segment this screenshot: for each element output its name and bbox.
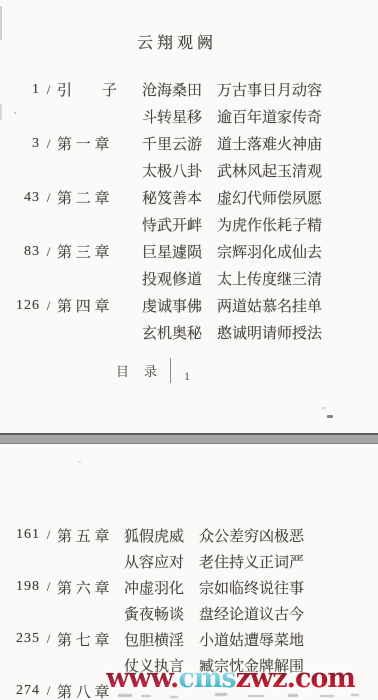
chapter-line1: 千里云游 道士落难火神庙 <box>142 133 322 154</box>
chapter-line1: 沧海桑田 万古事日月动容 <box>142 79 322 100</box>
toc-entry: 1 / 引 子 沧海桑田 万古事日月动容 <box>0 76 378 103</box>
chapter-label: 第 一 章 <box>57 133 142 154</box>
toc-entry-continuation: 投观修道 太上传度继三清 <box>0 265 378 292</box>
toc-entry: 161 / 第 五 章 狐假虎威 众公差穷凶极恶 <box>0 522 378 548</box>
entry-page-number: 161 <box>0 527 40 543</box>
chapter-line2: 斗转星移 逾百年道家传奇 <box>142 106 322 127</box>
chapter-line1: 包胆横淫 小道姑遭辱菜地 <box>124 629 304 650</box>
toc-entry: 3 / 第 一 章 千里云游 道士落难火神庙 <box>0 130 378 157</box>
slash-separator: / <box>40 82 57 98</box>
footer-page-number: 1 <box>184 369 190 384</box>
page-footer: 目 录 1 <box>116 358 190 383</box>
toc-entry: 235 / 第 七 章 包胆横淫 小道姑遭辱菜地 <box>0 626 378 652</box>
slash-separator: / <box>40 190 57 206</box>
watermark-segment: zwz.com <box>236 663 355 694</box>
obscured-text-fragment <box>320 695 334 697</box>
obscured-text-fragment <box>351 694 359 696</box>
page-gap-divider <box>0 433 378 444</box>
chapter-line2: 恃武开衅 为虎作伥耗子精 <box>142 214 322 235</box>
chapter-label: 第 七 章 <box>57 629 124 650</box>
toc-entry: 83 / 第 三 章 巨星遽陨 宗辉羽化成仙去 <box>0 238 378 265</box>
chapter-label: 引 子 <box>57 79 142 100</box>
chapter-line1: 虔诚事佛 两道姑慕名挂单 <box>142 295 322 316</box>
chapter-label: 第 二 章 <box>57 187 142 208</box>
chapter-label: 第 六 章 <box>57 577 124 598</box>
slash-separator: / <box>40 631 57 647</box>
toc-entry: 43 / 第 二 章 秘笈善本 虚幻代师偿夙愿 <box>0 184 378 211</box>
watermark-segment: cms <box>178 663 235 694</box>
obscured-text-fragment <box>288 694 298 697</box>
chapter-line2: 玄机奥秘 憨诚明请师授法 <box>142 322 322 343</box>
slash-separator: / <box>40 683 57 699</box>
slash-separator: / <box>40 136 57 152</box>
chapter-line1: 巨星遽陨 宗辉羽化成仙去 <box>142 241 322 262</box>
chapter-line1: 秘笈善本 虚幻代师偿夙愿 <box>142 187 322 208</box>
toc-list-page-1: 1 / 引 子 沧海桑田 万古事日月动容 斗转星移 逾百年道家传奇 3 / 第 … <box>0 76 378 346</box>
chapter-label: 第 三 章 <box>57 241 142 262</box>
entry-page-number: 126 <box>0 298 40 314</box>
obscured-text-fragment <box>118 694 132 697</box>
entry-page-number: 3 <box>0 136 40 152</box>
slash-separator: / <box>40 298 57 314</box>
entry-page-number: 198 <box>0 579 40 595</box>
toc-entry-continuation: 斗转星移 逾百年道家传奇 <box>0 103 378 130</box>
slash-separator: / <box>40 579 57 595</box>
slash-separator: / <box>40 527 57 543</box>
toc-entry-continuation: 从容应对 老住持义正词严 <box>0 548 378 574</box>
entry-page-number: 235 <box>0 631 40 647</box>
toc-page-1: 云翔观阙 1 / 引 子 沧海桑田 万古事日月动容 斗转星移 逾百年道家传奇 3… <box>0 0 378 433</box>
obscured-text-fragment <box>170 696 178 698</box>
book-title: 云翔观阙 <box>0 30 366 53</box>
entry-page-number: 83 <box>0 244 40 260</box>
chapter-line2: 夤夜畅谈 盘经论道议古今 <box>124 603 304 624</box>
entry-page-number: 43 <box>0 190 40 206</box>
footer-section-label: 目 录 <box>116 361 158 380</box>
chapter-label: 第 五 章 <box>57 525 124 546</box>
scanned-book-toc: 云翔观阙 1 / 引 子 沧海桑田 万古事日月动容 斗转星移 逾百年道家传奇 3… <box>0 0 378 700</box>
toc-entry: 126 / 第 四 章 虔诚事佛 两道姑慕名挂单 <box>0 292 378 319</box>
entry-page-number: 1 <box>0 82 40 98</box>
toc-entry-continuation: 恃武开衅 为虎作伥耗子精 <box>0 211 378 238</box>
chapter-label: 第 四 章 <box>57 295 142 316</box>
toc-entry-continuation: 夤夜畅谈 盘经论道议古今 <box>0 600 378 626</box>
toc-entry-continuation: 玄机奥秘 憨诚明请师授法 <box>0 319 378 346</box>
obscured-text-fragment <box>248 695 264 697</box>
watermark-segment: www. <box>106 663 178 694</box>
slash-separator: / <box>40 244 57 260</box>
footer-divider-line <box>170 358 171 383</box>
chapter-line2: 从容应对 老住持义正词严 <box>124 551 304 572</box>
chapter-line1: 冲虚羽化 宗如临终说往事 <box>124 577 304 598</box>
watermark-url: www.cmszwz.com <box>106 665 355 692</box>
toc-entry: 198 / 第 六 章 冲虚羽化 宗如临终说往事 <box>0 574 378 600</box>
obscured-text-fragment <box>141 695 151 697</box>
entry-page-number: 274 <box>0 683 40 699</box>
toc-page-2: 161 / 第 五 章 狐假虎威 众公差穷凶极恶 从容应对 老住持义正词严 19… <box>0 444 378 700</box>
chapter-line1: 狐假虎威 众公差穷凶极恶 <box>124 525 304 546</box>
chapter-line2: 太极八卦 武林风起玉清观 <box>142 160 322 181</box>
toc-entry-continuation: 太极八卦 武林风起玉清观 <box>0 157 378 184</box>
chapter-line2: 投观修道 太上传度继三清 <box>142 268 322 289</box>
